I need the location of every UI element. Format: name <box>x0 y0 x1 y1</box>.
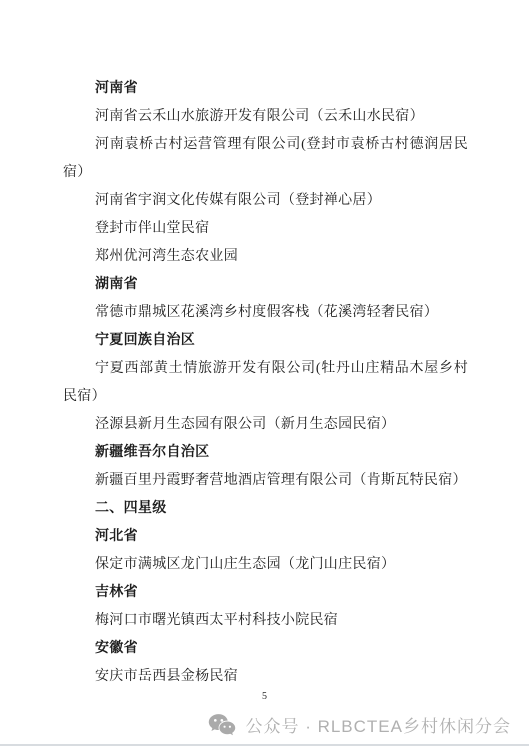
list-item: 河南袁桥古村运营管理有限公司(登封市袁桥古村德润居民宿） <box>63 131 468 187</box>
section-heading: 二、四星级 <box>63 495 468 523</box>
list-item: 郑州优河湾生态农业园 <box>63 243 468 271</box>
bottom-divider <box>0 744 529 746</box>
section-heading: 河北省 <box>63 523 468 551</box>
watermark-text: 公众号 · RLBCTEA乡村休闲分会 <box>245 712 511 737</box>
list-item: 河南省云禾山水旅游开发有限公司（云禾山水民宿） <box>63 103 468 131</box>
document-body: 河南省河南省云禾山水旅游开发有限公司（云禾山水民宿）河南袁桥古村运营管理有限公司… <box>63 75 468 691</box>
section-heading: 湖南省 <box>63 271 468 299</box>
list-item: 常德市鼎城区花溪湾乡村度假客栈（花溪湾轻奢民宿） <box>63 299 468 327</box>
list-item: 宁夏西部黄土情旅游开发有限公司(牡丹山庄精品木屋乡村民宿） <box>63 355 468 411</box>
list-item: 泾源县新月生态园有限公司（新月生态园民宿） <box>63 411 468 439</box>
list-item: 安庆市岳西县金杨民宿 <box>63 663 468 691</box>
watermark: 公众号 · RLBCTEA乡村休闲分会 <box>208 711 511 738</box>
list-item: 登封市伴山堂民宿 <box>63 215 468 243</box>
document-page: 河南省河南省云禾山水旅游开发有限公司（云禾山水民宿）河南袁桥古村运营管理有限公司… <box>0 0 529 751</box>
page-number: 5 <box>0 691 529 703</box>
section-heading: 宁夏回族自治区 <box>63 327 468 355</box>
list-item: 河南省宇润文化传媒有限公司（登封禅心居） <box>63 187 468 215</box>
section-heading: 新疆维吾尔自治区 <box>63 439 468 467</box>
section-heading: 吉林省 <box>63 579 468 607</box>
list-item: 保定市满城区龙门山庄生态园（龙门山庄民宿） <box>63 551 468 579</box>
wechat-icon <box>208 713 236 737</box>
list-item: 梅河口市曙光镇西太平村科技小院民宿 <box>63 607 468 635</box>
section-heading: 安徽省 <box>63 635 468 663</box>
section-heading: 河南省 <box>63 75 468 103</box>
list-item: 新疆百里丹霞野奢营地酒店管理有限公司（肯斯瓦特民宿） <box>63 467 468 495</box>
